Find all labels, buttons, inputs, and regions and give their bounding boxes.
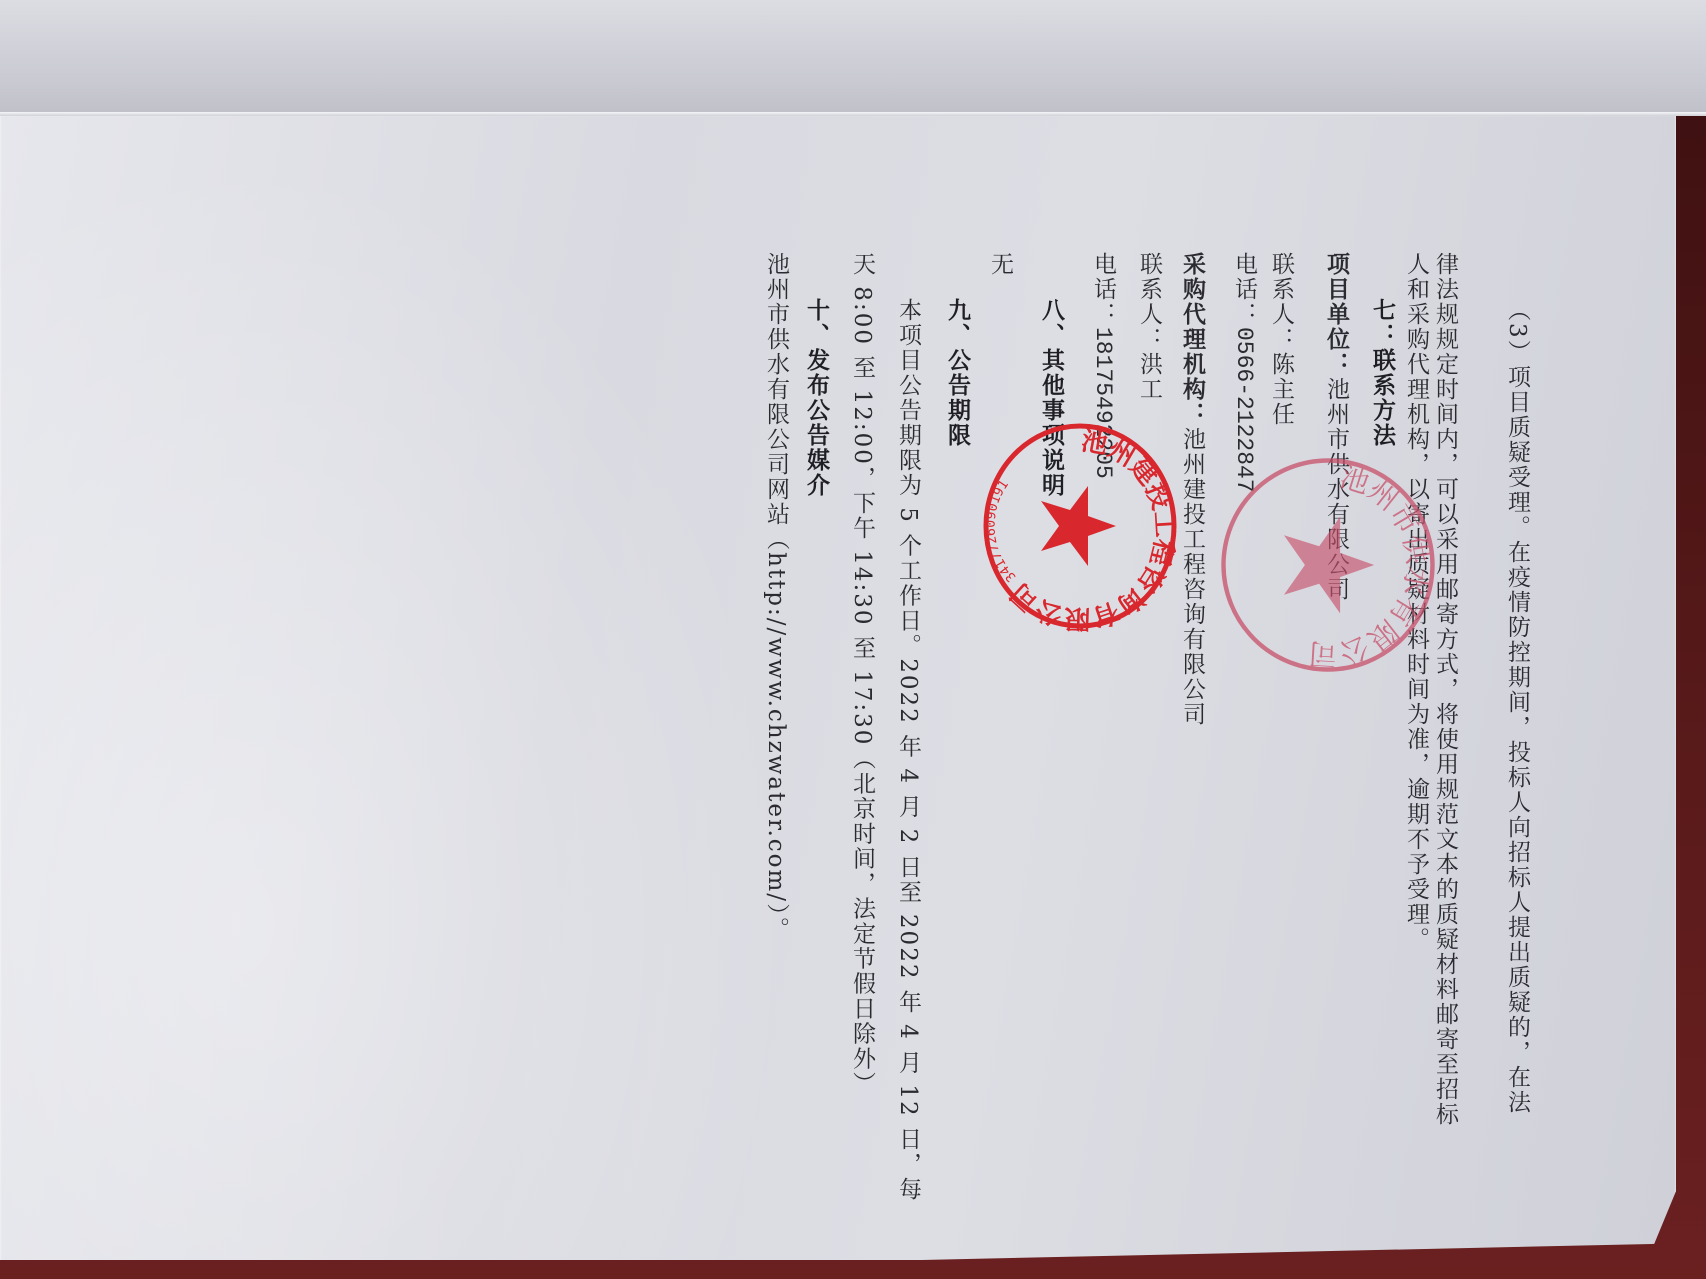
section-7-heading: 七：联系方法 (1367, 252, 1397, 448)
paragraph-line-2: 律法规规定时间内，可以采用邮寄方式，将使用规范文本的质疑材料邮寄至招标 (1430, 252, 1460, 1127)
section-8-body: 无 (985, 252, 1015, 277)
section-8-heading: 八、其他事项说明 (1036, 252, 1066, 498)
agency-contact-value: 洪工 (1136, 352, 1162, 402)
agency-phone-row: 电话：18175492205 (1088, 252, 1118, 479)
agency-phone-value: 18175492205 (1090, 327, 1116, 479)
contact-label: 联系人： (1268, 252, 1294, 352)
contact-row: 联系人：陈主任 (1266, 252, 1296, 427)
contact-value: 陈主任 (1268, 352, 1294, 427)
paper-fold (0, 112, 1706, 116)
agency-value: 池州建投工程咨询有限公司 (1179, 427, 1205, 727)
agency-row: 采购代理机构：池州建投工程咨询有限公司 (1177, 252, 1207, 727)
agency-contact-row: 联系人：洪工 (1134, 252, 1164, 402)
phone-label: 电话： (1231, 252, 1257, 327)
folded-paper-edge (0, 0, 1706, 115)
section-10-body: 池州市供水有限公司网站（http://www.chzwater.com/）。 (761, 252, 791, 942)
paragraph-line-3: 人和采购代理机构，以寄出质疑材料时间为准，逾期不予受理。 (1401, 252, 1431, 952)
section-9-body-line-1: 本项目公告期限为 5 个工作日。2022 年 4 月 2 日至 2022 年 4… (893, 252, 923, 1202)
agency-label: 采购代理机构： (1179, 252, 1205, 427)
project-unit-label: 项目单位： (1323, 252, 1349, 377)
section-10-heading: 十、发布公告媒介 (801, 252, 831, 498)
section-9-body-line-2: 天 8:00 至 12:00，下午 14:30 至 17:30（北京时间，法定节… (847, 252, 877, 1096)
agency-phone-label: 电话： (1090, 252, 1116, 327)
project-unit-value: 池州市供水有限公司 (1323, 377, 1349, 602)
project-unit-row: 项目单位：池州市供水有限公司 (1321, 252, 1351, 602)
phone-value: 0566-2122847 (1231, 327, 1257, 493)
paragraph-line-1: （3）项目质疑受理。在疫情防控期间，投标人向招标人提出质疑的，在法 (1502, 252, 1532, 1115)
phone-row: 电话：0566-2122847 (1229, 252, 1259, 493)
section-9-heading: 九、公告期限 (942, 252, 972, 448)
agency-contact-label: 联系人： (1136, 252, 1162, 352)
